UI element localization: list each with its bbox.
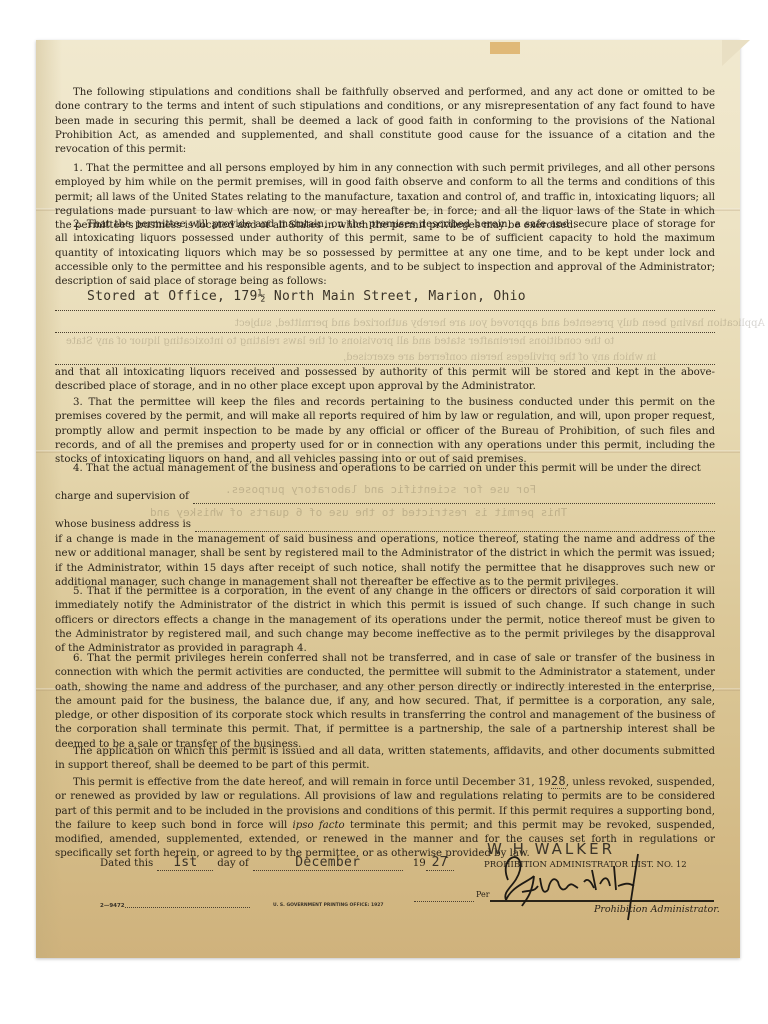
intro-paragraph: The following stipulations and condition…: [55, 86, 715, 157]
condition-2-end: and that all intoxicating liquors receiv…: [55, 366, 715, 395]
administrator-caption: Prohibition Administrator.: [594, 903, 734, 917]
condition-6: 6. That the permit privileges herein con…: [55, 652, 715, 752]
address-label: whose business address is: [55, 518, 191, 532]
day-of-label: day of: [217, 857, 249, 871]
condition-4-end-text: if a change is made in the management of…: [55, 533, 715, 590]
blank-line: [55, 350, 715, 365]
footer-dotted-line: [125, 907, 250, 908]
year-prefix: 19: [413, 857, 426, 871]
condition-3-text: 3. That the permittee will keep the file…: [55, 396, 715, 467]
application-text: The application on which this permit is …: [55, 745, 715, 774]
dated-label: Dated this: [100, 857, 153, 871]
condition-4-end: if a change is made in the management of…: [55, 533, 715, 590]
charge-supervision-row: charge and supervision of: [55, 490, 715, 504]
condition-6-text: 6. That the permit privileges herein con…: [55, 652, 715, 752]
condition-4: 4. That the actual management of the bus…: [55, 462, 715, 476]
charge-label: charge and supervision of: [55, 490, 189, 504]
application-clause: The application on which this permit is …: [55, 745, 715, 774]
printer-credit: U. S. GOVERNMENT PRINTING OFFICE: 1927: [273, 903, 383, 908]
per-leading-line: [414, 901, 474, 902]
storage-description-field[interactable]: Stored at Office, 179½ North Main Street…: [55, 290, 715, 311]
condition-4-text: 4. That the actual management of the bus…: [55, 462, 715, 476]
intro-text: The following stipulations and condition…: [55, 86, 715, 157]
tape-mark: [490, 42, 520, 54]
bleed-through-text: to the conditions hereinafter stated and…: [66, 336, 614, 347]
form-number: 2—9472: [100, 903, 125, 909]
charge-supervision-field[interactable]: [193, 491, 715, 504]
condition-2-text: 2. That the permittee will provide and m…: [55, 218, 715, 289]
business-address-field[interactable]: [195, 519, 715, 532]
storage-description-value: Stored at Office, 179½ North Main Street…: [87, 289, 526, 304]
year-field[interactable]: 27: [426, 856, 454, 871]
blank-line: [55, 318, 715, 333]
day-field[interactable]: 1st: [157, 856, 213, 871]
condition-2-end-text: and that all intoxicating liquors receiv…: [55, 366, 715, 395]
folded-corner: [722, 40, 750, 66]
condition-3: 3. That the permittee will keep the file…: [55, 396, 715, 467]
condition-2: 2. That the permittee will provide and m…: [55, 218, 715, 289]
effective-text: This permit is effective from the date h…: [73, 777, 551, 788]
condition-5: 5. That if the permittee is a corporatio…: [55, 585, 715, 656]
condition-5-text: 5. That if the permittee is a corporatio…: [55, 585, 715, 656]
business-address-row: whose business address is: [55, 518, 715, 532]
ipso-facto-text: ipso facto: [293, 820, 345, 831]
dated-row: Dated this 1st day of December 19 27: [100, 856, 480, 871]
expiry-year-field[interactable]: 28: [551, 774, 566, 789]
month-field[interactable]: December: [253, 856, 403, 871]
